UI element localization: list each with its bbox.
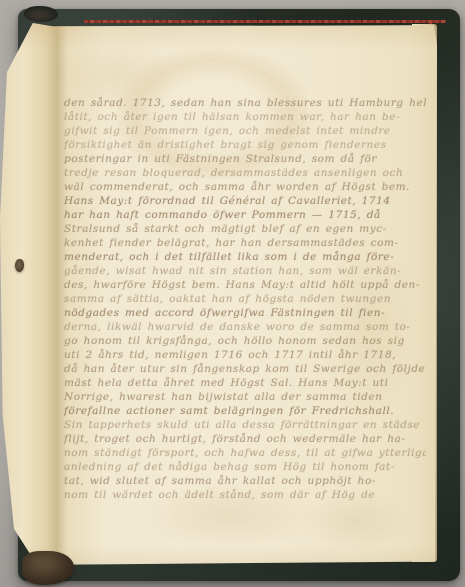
manuscript-line: tat, wid slutet af samma åhr kallat och … bbox=[64, 474, 426, 488]
manuscript-line: derna, likwäl hwarvid de danske woro de … bbox=[64, 320, 426, 334]
spine-endband-top bbox=[24, 6, 58, 22]
manuscript-line: nom til wärdet och ädelt stånd, som där … bbox=[64, 488, 426, 502]
manuscript-line: tredje resan bloquerad, dersammastädes a… bbox=[64, 166, 426, 180]
manuscript-line: då han åter utur sin fångenskap kom til … bbox=[64, 362, 426, 376]
manuscript-line: posteringar in uti Fästningen Stralsund,… bbox=[64, 152, 426, 166]
manuscript-line: menderat, och i det tilfället lika som i… bbox=[64, 250, 426, 264]
manuscript-line: Norrige, hwarest han bijwistat alla der … bbox=[64, 390, 426, 404]
manuscript-line: anledning af det nådiga behag som Hög ti… bbox=[64, 460, 426, 474]
manuscript-line: låtit, och åter igen til hälsan kommen w… bbox=[64, 110, 426, 124]
manuscript-page: den sårad. 1713, sedan han sina blessure… bbox=[0, 23, 437, 567]
manuscript-line: des, hwarföre Högst bem. Hans May:t alti… bbox=[64, 278, 426, 292]
manuscript-line: samma af sättia, oaktat han af högsta nö… bbox=[64, 292, 426, 306]
manuscript-line: Stralsund så starkt och mägtigt blef af … bbox=[64, 222, 426, 236]
manuscript-line: gifwit sig til Pommern igen, och medelst… bbox=[64, 124, 426, 138]
manuscript-line: uti 2 åhrs tid, nemligen 1716 och 1717 i… bbox=[64, 348, 426, 362]
manuscript-line: go honom til krigsfånga, och höllo honom… bbox=[64, 334, 426, 348]
manuscript-line: kenhet fiender belägrat, har han dersamm… bbox=[64, 236, 426, 250]
photo-backdrop: den sårad. 1713, sedan han sina blessure… bbox=[0, 0, 465, 587]
manuscript-line: Hans May:t förordnad til Général af Cava… bbox=[64, 194, 426, 208]
manuscript-line: wäl commenderat, och samma åhr worden af… bbox=[64, 180, 426, 194]
manuscript-line: mäst hela detta åhret med Högst Sal. Han… bbox=[64, 376, 426, 390]
red-sprinkled-edge-top bbox=[84, 20, 446, 23]
manuscript-line: förefallne actioner samt belägringen för… bbox=[64, 404, 426, 418]
sewing-mark bbox=[15, 259, 24, 272]
manuscript-line: den sårad. 1713, sedan han sina blessure… bbox=[64, 96, 426, 110]
manuscript-line: försiktighet än dristighet bragt sig gen… bbox=[64, 138, 426, 152]
handwritten-text: den sårad. 1713, sedan han sina blessure… bbox=[64, 96, 426, 508]
manuscript-line: gående, wisat hwad nit sin station han, … bbox=[64, 264, 426, 278]
manuscript-line: Sin tapperhets skuld uti alla dessa förr… bbox=[64, 418, 426, 432]
manuscript-line: har han haft commando öfwer Pommern — 17… bbox=[64, 208, 426, 222]
manuscript-line: nödgades med accord öfwergifwa Fästninge… bbox=[64, 306, 426, 320]
manuscript-line: nom ständigt försport, och hafwa dess, t… bbox=[64, 446, 426, 460]
manuscript-line: flijt, troget och hurtigt, förstånd och … bbox=[64, 432, 426, 446]
